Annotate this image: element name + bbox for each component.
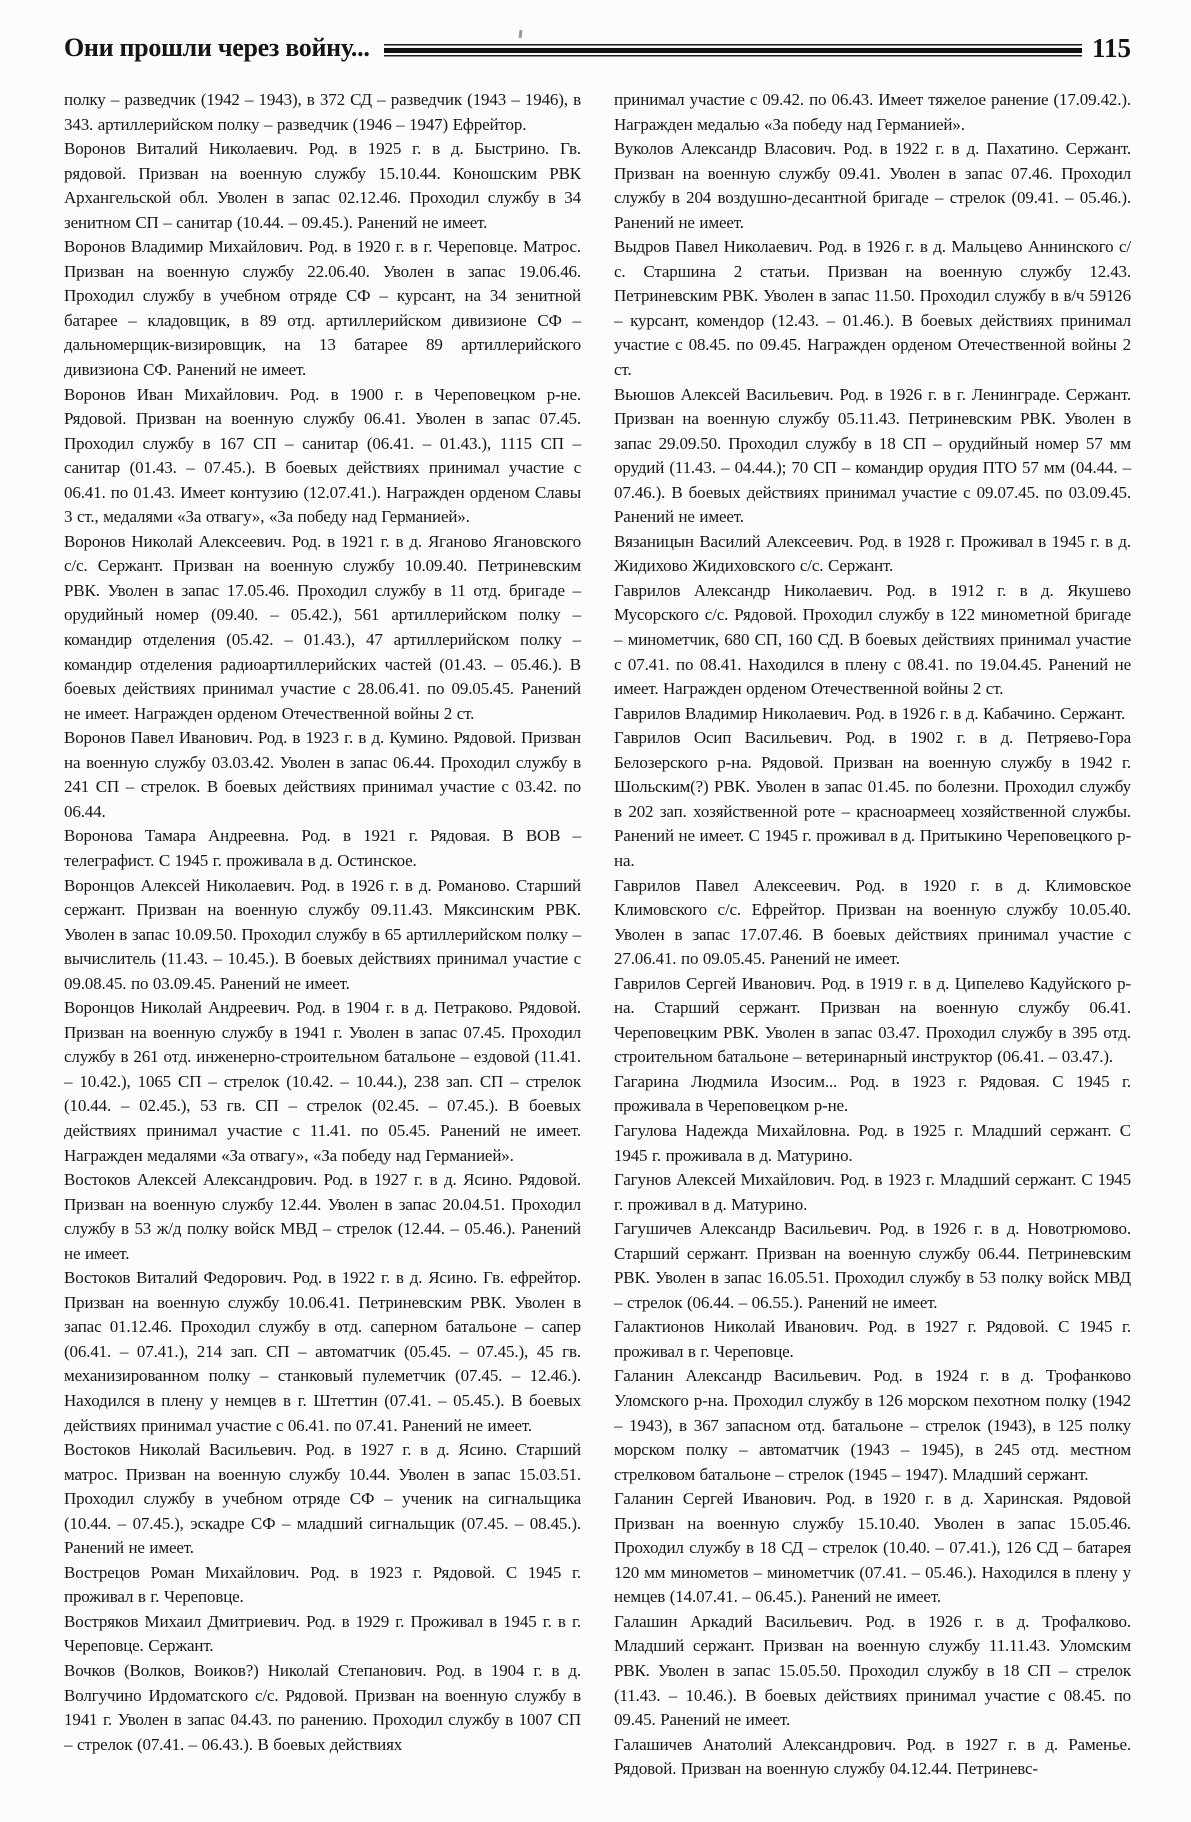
entry-paragraph: Галашичев Анатолий Александрович. Род. в… [614, 1733, 1131, 1782]
entry-paragraph: Галанин Сергей Иванович. Род. в 1920 г. … [614, 1487, 1131, 1610]
entry-paragraph: Гагарина Людмила Изосим... Род. в 1923 г… [614, 1070, 1131, 1119]
entry-paragraph: Выдров Павел Николаевич. Род. в 1926 г. … [614, 235, 1131, 382]
entry-paragraph: Воронцов Николай Андреевич. Род. в 1904 … [64, 996, 581, 1168]
entry-paragraph: Галанин Александр Васильевич. Род. в 192… [614, 1364, 1131, 1487]
entry-paragraph: Воронова Тамара Андреевна. Род. в 1921 г… [64, 824, 581, 873]
entry-paragraph: Гагушичев Александр Васильевич. Род. в 1… [614, 1217, 1131, 1315]
entry-paragraph: Воронов Владимир Михайлович. Род. в 1920… [64, 235, 581, 382]
page-header: Они прошли через войну... 115 [64, 30, 1131, 66]
entry-paragraph: полку – разведчик (1942 – 1943), в 372 С… [64, 88, 581, 137]
entry-paragraph: Гаврилов Владимир Николаевич. Род. в 192… [614, 702, 1131, 727]
entry-paragraph: Востоков Виталий Федорович. Род. в 1922 … [64, 1266, 581, 1438]
entry-paragraph: Вострецов Роман Михайлович. Род. в 1923 … [64, 1561, 581, 1610]
running-title: Они прошли через войну... [64, 33, 370, 63]
entry-paragraph: Вочков (Волков, Воиков?) Николай Степано… [64, 1659, 581, 1757]
entry-paragraph: Гаврилов Павел Алексеевич. Род. в 1920 г… [614, 874, 1131, 972]
entry-paragraph: Востоков Алексей Александрович. Род. в 1… [64, 1168, 581, 1266]
text-columns: полку – разведчик (1942 – 1943), в 372 С… [64, 88, 1131, 1782]
entry-paragraph: Гаврилов Осип Васильевич. Род. в 1902 г.… [614, 726, 1131, 873]
entry-paragraph: Гагунов Алексей Михайлович. Род. в 1923 … [614, 1168, 1131, 1217]
entry-paragraph: Гаврилов Сергей Иванович. Род. в 1919 г.… [614, 972, 1131, 1070]
entry-paragraph: Воронцов Алексей Николаевич. Род. в 1926… [64, 874, 581, 997]
book-page: Они прошли через войну... 115 полку – ра… [0, 0, 1191, 1822]
entry-paragraph: Вьюшов Алексей Васильевич. Род. в 1926 г… [614, 383, 1131, 530]
entry-paragraph: Галашин Аркадий Васильевич. Род. в 1926 … [614, 1610, 1131, 1733]
entry-paragraph: Гагулова Надежда Михайловна. Род. в 1925… [614, 1119, 1131, 1168]
entry-paragraph: Гаврилов Александр Николаевич. Род. в 19… [614, 579, 1131, 702]
entry-paragraph: Воронов Николай Алексеевич. Род. в 1921 … [64, 530, 581, 726]
entry-paragraph: Воронов Иван Михайлович. Род. в 1900 г. … [64, 383, 581, 530]
page-number: 115 [1092, 33, 1131, 64]
right-column: принимал участие с 09.42. по 06.43. Имее… [614, 88, 1131, 1782]
entry-paragraph: Вуколов Александр Власович. Род. в 1922 … [614, 137, 1131, 235]
entry-paragraph: Востряков Михаил Дмитриевич. Род. в 1929… [64, 1610, 581, 1659]
entry-paragraph: Востоков Николай Васильевич. Род. в 1927… [64, 1438, 581, 1561]
entry-paragraph: Вязаницын Василий Алексеевич. Род. в 192… [614, 530, 1131, 579]
header-rule [384, 43, 1082, 58]
entry-paragraph: Воронов Павел Иванович. Род. в 1923 г. в… [64, 726, 581, 824]
left-column: полку – разведчик (1942 – 1943), в 372 С… [64, 88, 581, 1782]
entry-paragraph: Галактионов Николай Иванович. Род. в 192… [614, 1315, 1131, 1364]
entry-paragraph: принимал участие с 09.42. по 06.43. Имее… [614, 88, 1131, 137]
entry-paragraph: Воронов Виталий Николаевич. Род. в 1925 … [64, 137, 581, 235]
